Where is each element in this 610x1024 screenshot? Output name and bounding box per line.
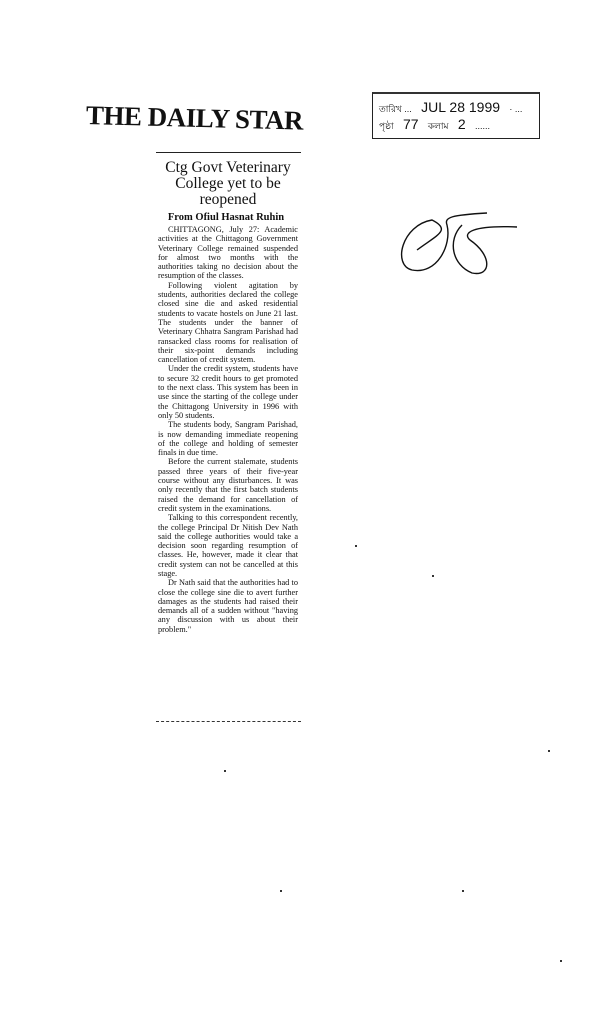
handwritten-number-annotation (392, 195, 522, 285)
article-paragraph: The students body, Sangram Parishad, is … (158, 420, 298, 457)
stamp-page-row: পৃষ্ঠা 77 কলাম 2 ...... (379, 116, 490, 134)
scan-speck (560, 960, 562, 962)
stamp-column-value: 2 (458, 116, 466, 132)
scan-speck (280, 890, 282, 892)
clipping-bottom-rule (156, 721, 301, 722)
stamp-page-value: 77 (403, 116, 419, 132)
article-paragraph: Dr Nath said that the authorities had to… (158, 578, 298, 634)
article-paragraph: Under the credit system, students have t… (158, 364, 298, 420)
article-headline: Ctg Govt Veterinary College yet to be re… (152, 160, 300, 208)
article-paragraph: Following violent agitation by students,… (158, 281, 298, 365)
article-byline: From Ofiul Hasnat Ruhin (152, 212, 300, 223)
archive-stamp: তারিখ ... JUL 28 1999 · ... পৃষ্ঠা 77 কল… (372, 92, 540, 139)
scan-speck (548, 750, 550, 752)
article-paragraph: Talking to this correspondent recently, … (158, 513, 298, 578)
stamp-column-trail: ...... (475, 121, 490, 131)
newspaper-masthead: THE DAILY STAR (86, 100, 304, 137)
scan-speck (224, 770, 226, 772)
stamp-date-label: তারিখ ... (379, 104, 412, 114)
article-paragraph: Before the current stalemate, students p… (158, 457, 298, 513)
stamp-column-label: কলাম (428, 121, 449, 131)
stamp-page-label: পৃষ্ঠা (379, 121, 394, 131)
scan-speck (355, 545, 357, 547)
article-body: CHITTAGONG, July 27: Academic activities… (152, 225, 300, 634)
news-clipping: Ctg Govt Veterinary College yet to be re… (152, 152, 300, 722)
article-paragraph: CHITTAGONG, July 27: Academic activities… (158, 225, 298, 281)
stamp-date-trail: · ... (509, 104, 522, 114)
scan-speck (432, 575, 434, 577)
scan-speck (462, 890, 464, 892)
stamp-date-value: JUL 28 1999 (421, 99, 500, 115)
stamp-date-row: তারিখ ... JUL 28 1999 · ... (379, 99, 522, 117)
clipping-top-rule (156, 152, 301, 153)
